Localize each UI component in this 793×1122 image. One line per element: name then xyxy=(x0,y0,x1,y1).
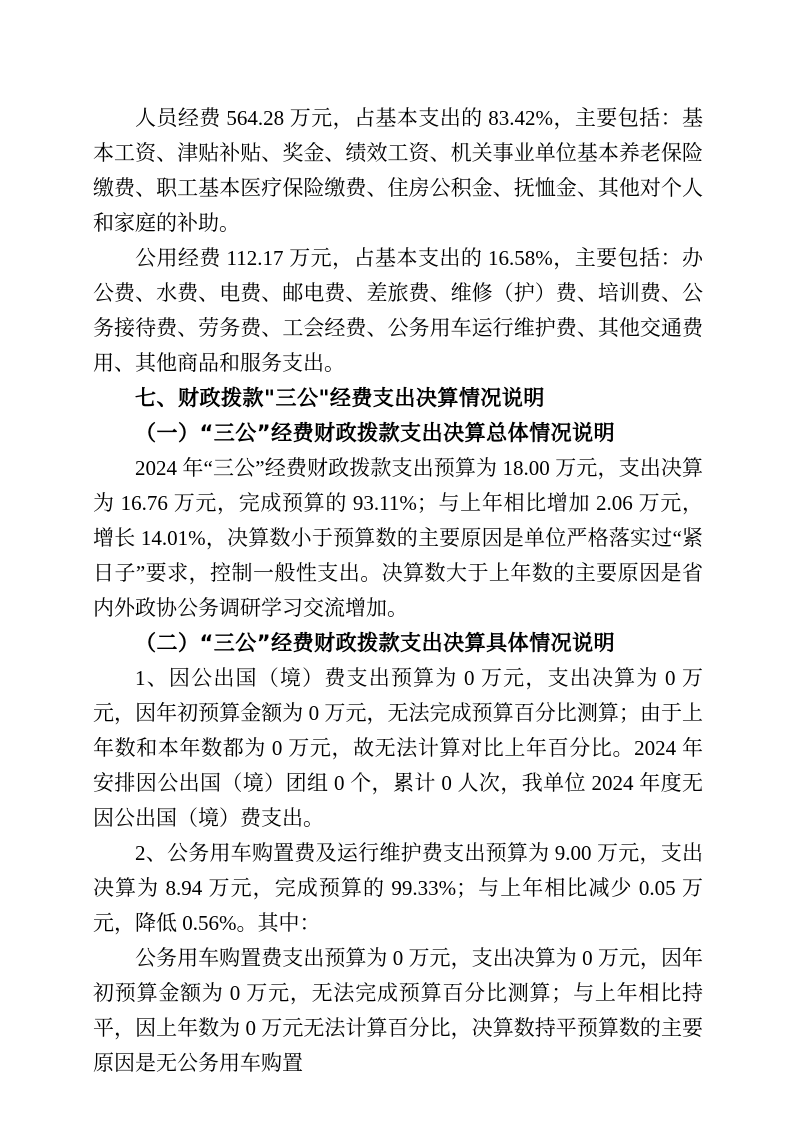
document-page: 人员经费 564.28 万元，占基本支出的 83.42%，主要包括：基本工资、津… xyxy=(0,0,793,1122)
body-paragraph: 公务用车购置费支出预算为 0 万元，支出决算为 0 万元，因年初预算金额为 0 … xyxy=(93,941,703,1081)
body-paragraph: 1、因公出国（境）费支出预算为 0 万元，支出决算为 0 万元，因年初预算金额为… xyxy=(93,661,703,836)
section-heading: 七、财政拨款"三公"经费支出决算情况说明 xyxy=(93,381,703,416)
body-paragraph: 公用经费 112.17 万元，占基本支出的 16.58%，主要包括：办公费、水费… xyxy=(93,241,703,381)
document-body: 人员经费 564.28 万元，占基本支出的 83.42%，主要包括：基本工资、津… xyxy=(93,101,703,1081)
body-paragraph: 人员经费 564.28 万元，占基本支出的 83.42%，主要包括：基本工资、津… xyxy=(93,101,703,241)
body-paragraph: 2、公务用车购置费及运行维护费支出预算为 9.00 万元，支出决算为 8.94 … xyxy=(93,836,703,941)
section-heading: （二）“三公”经费财政拨款支出决算具体情况说明 xyxy=(93,626,703,661)
section-heading: （一）“三公”经费财政拨款支出决算总体情况说明 xyxy=(93,416,703,451)
body-paragraph: 2024 年“三公”经费财政拨款支出预算为 18.00 万元，支出决算为 16.… xyxy=(93,451,703,626)
